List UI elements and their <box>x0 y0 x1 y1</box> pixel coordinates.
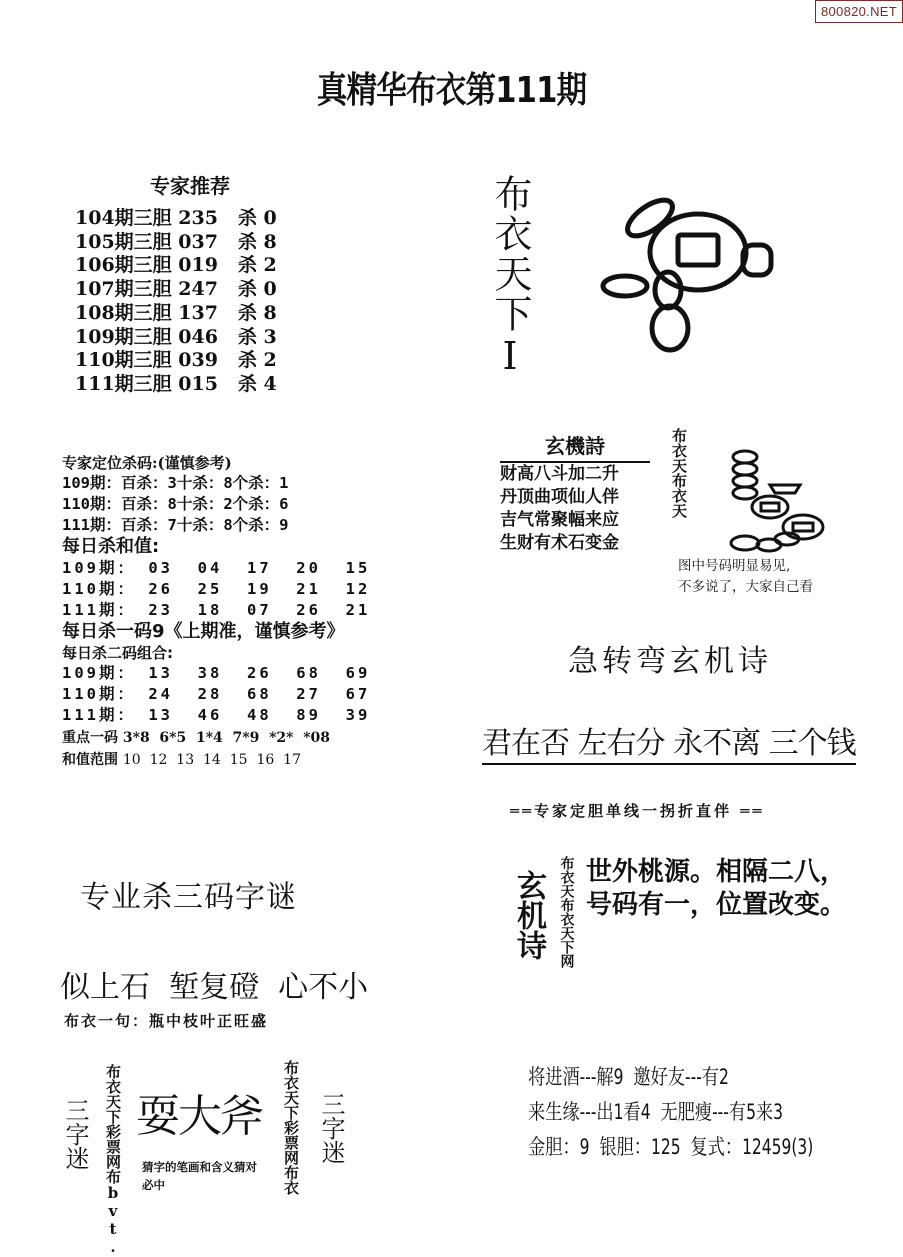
clue-line: 将进酒---解9 邀好友---有2 <box>528 1060 813 1095</box>
bottom-right-clues: 将进酒---解9 邀好友---有2 来生缘---出1看4 无肥瘦---有5来3 … <box>528 1060 813 1165</box>
expert-row: 105期三胆 037 杀 8 <box>75 231 277 255</box>
jizhuanwan-title: 急转弯玄机诗 <box>470 636 870 680</box>
position-kill-block: 专家定位杀码:(谨慎参考) 109期：百杀：3十杀：8个杀：1 110期：百杀：… <box>62 452 370 770</box>
expert-row: 110期三胆 039 杀 2 <box>75 349 277 373</box>
position-kill-row: 111期：百杀：7十杀：8个杀：9 <box>62 515 370 536</box>
xuanji-poem-title: 玄機詩 <box>500 430 650 463</box>
clue-line: 来生缘---出1看4 无肥瘦---有5来3 <box>528 1095 813 1130</box>
expert-row: 111期三胆 015 杀 4 <box>75 373 277 397</box>
page-title: 真精华布衣第111期 <box>68 62 836 113</box>
zhuanye-title: 专业杀三码字谜 <box>80 872 297 916</box>
daily-kill-two-row: 109期： 13 38 26 68 69 <box>62 663 370 684</box>
xuanji-poem-line: 财高八斗加二升 <box>500 463 650 486</box>
expert-row: 107期三胆 247 杀 0 <box>75 278 277 302</box>
expert-row: 106期三胆 019 杀 2 <box>75 254 277 278</box>
sum-range-label: 和值范围 <box>62 752 118 768</box>
daily-kill-one: 每日杀一码9《上期准，谨慎参考》 <box>62 621 370 643</box>
xuanji-poem-box: 玄機詩 财高八斗加二升 丹顶曲项仙人伴 吉气常聚幅来应 生财有术石变金 <box>500 430 650 555</box>
sanzimi-left: 三字迷 <box>62 1098 88 1170</box>
daily-sum-row: 110期： 26 25 19 21 12 <box>62 579 370 600</box>
buyi-vertical-right: 布衣天下彩票网布衣 <box>282 1060 299 1195</box>
position-kill-row: 109期：百杀：3十杀：8个杀：1 <box>62 473 370 494</box>
xuanji-poem-line: 生财有术石变金 <box>500 532 650 555</box>
jun-riddle-line: 君在否 左右分 永不离 三个钱 <box>482 718 856 765</box>
buyi-tianxia-vertical: 布衣天下I <box>490 174 530 380</box>
clue-line: 金胆：9 银胆：125 复式：12459(3) <box>528 1130 813 1165</box>
expert-recommend-list: 104期三胆 235 杀 0 105期三胆 037 杀 8 106期三胆 019… <box>75 207 277 397</box>
buyi-yiju: 布衣一句：瓶中枝叶正旺盛 <box>64 1010 268 1031</box>
expert-row: 109期三胆 046 杀 3 <box>75 326 277 350</box>
site-watermark: 800820.NET <box>815 0 903 23</box>
sum-range-value: 10 12 13 14 15 16 17 <box>123 752 301 768</box>
coin-stack-image <box>725 445 845 555</box>
expert-row: 108期三胆 137 杀 8 <box>75 302 277 326</box>
buyi-vertical-left: 布衣天下彩票网布bvt. <box>104 1064 121 1256</box>
hint-text: 图中号码明显易见, 不多说了，大家自己看 <box>678 556 813 598</box>
riddle-line: 似上石 堑复磴 心不小 <box>60 962 368 1006</box>
daily-sum-row: 111期： 23 18 07 26 21 <box>62 600 370 621</box>
key-code-value: 3*8 6*5 1*4 7*9 *2* *08 <box>123 730 330 746</box>
daily-kill-two-row: 110期： 24 28 68 27 67 <box>62 684 370 705</box>
xuanjishi-vertical: 玄机诗 <box>505 870 551 960</box>
daily-kill-two-row: 111期： 13 46 48 89 39 <box>62 705 370 726</box>
key-code-row: 重点一码 3*8 6*5 1*4 7*9 *2* *08 <box>62 726 370 750</box>
daily-kill-two-title: 每日杀二码组合: <box>62 643 370 663</box>
position-kill-title: 专家定位杀码:(谨慎参考) <box>62 452 370 473</box>
shuadafu-riddle: 耍大斧 <box>136 1080 262 1144</box>
coin-drawing-image <box>595 190 845 370</box>
dingdan-line: ══专家定胆单线一拐折直伴 ══ <box>510 800 764 821</box>
expert-recommend-title: 专家推荐 <box>150 170 230 199</box>
position-kill-row: 110期：百杀：8十杀：2个杀：6 <box>62 494 370 515</box>
sum-range-row: 和值范围 10 12 13 14 15 16 17 <box>62 750 370 770</box>
buyi-small-vertical: 布衣天布衣天 <box>668 428 690 518</box>
daily-sum-row: 109期： 03 04 17 20 15 <box>62 558 370 579</box>
daily-sum-kill-title: 每日杀和值: <box>62 536 370 558</box>
caizi-hint: 猜字的笔画和含义猜对必中 <box>142 1158 262 1194</box>
buyi-net-vertical: 布衣天布衣天下网 <box>556 856 576 968</box>
sanzimi-right: 三字迷 <box>318 1092 344 1164</box>
shiwai-poem: 世外桃源。相隔二八， 号码有一，位置改变。 <box>586 856 846 922</box>
key-code-label: 重点一码 <box>62 730 118 746</box>
xuanji-poem-line: 吉气常聚幅来应 <box>500 509 650 532</box>
xuanji-poem-line: 丹顶曲项仙人伴 <box>500 486 650 509</box>
expert-row: 104期三胆 235 杀 0 <box>75 207 277 231</box>
